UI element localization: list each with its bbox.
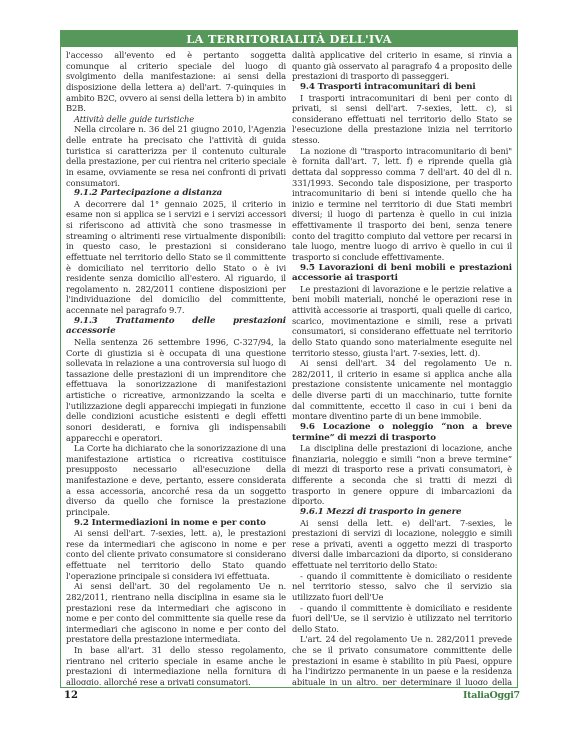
- paragraph: Ai sensi dell'art. 7-sexies, lett. a), l…: [66, 528, 286, 581]
- paragraph: In base all'art. 31 dello stesso regolam…: [66, 645, 286, 685]
- paragraph: I trasporti intracomunitari di beni per …: [292, 93, 512, 146]
- paragraph: Ai sensi della lett. e) dell'art. 7-sexi…: [292, 518, 512, 571]
- paragraph: La Corte ha dichiarato che la sonorizzaz…: [66, 443, 286, 517]
- paragraph: Nella sentenza 26 settembre 1996, C-327/…: [66, 337, 286, 443]
- section-header: LA TERRITORIALITÀ DELL'IVA: [61, 31, 517, 47]
- paragraph: Ai sensi dell'art. 30 del regolamento Ue…: [66, 581, 286, 645]
- paragraph: La disciplina delle prestazioni di locaz…: [292, 443, 512, 507]
- publication-logo: ItaliaOggi7: [463, 690, 520, 701]
- paragraph: Nella circolare n. 36 del 21 giugno 2010…: [66, 124, 286, 188]
- paragraph: A decorrere dal 1° gennaio 2025, il crit…: [66, 199, 286, 316]
- paragraph: Le prestazioni di lavorazione e le periz…: [292, 284, 512, 358]
- page-number: 12: [64, 690, 78, 701]
- section-heading: 9.5 Lavorazioni di beni mobili e prestaz…: [292, 263, 512, 284]
- subsection-heading: 9.6.1 Mezzi di trasporto in genere: [292, 507, 512, 518]
- article-frame: LA TERRITORIALITÀ DELL'IVA l'accesso all…: [60, 30, 518, 688]
- left-column: l'accesso all'evento ed è pertanto sogge…: [66, 50, 286, 685]
- paragraph: L'art. 24 del regolamento Ue n. 282/2011…: [292, 634, 512, 685]
- list-item: - quando il committente è domiciliato o …: [292, 571, 512, 603]
- section-heading: 9.2 Intermediazioni in nome e per conto: [66, 518, 286, 529]
- paragraph: l'accesso all'evento ed è pertanto sogge…: [66, 50, 286, 114]
- paragraph: dalità applicative del criterio in esame…: [292, 50, 512, 82]
- section-heading: 9.4 Trasporti intracomunitari di beni: [292, 82, 512, 93]
- italic-subheading: Attività delle guide turistiche: [66, 114, 286, 125]
- article-body: l'accesso all'evento ed è pertanto sogge…: [66, 50, 512, 685]
- section-heading: 9.6 Locazione o noleggio “non a breve te…: [292, 422, 512, 443]
- list-item: - quando il committente è domiciliato e …: [292, 603, 512, 635]
- subsection-heading: 9.1.2 Partecipazione a distanza: [66, 188, 286, 199]
- right-column: dalità applicative del criterio in esame…: [292, 50, 512, 685]
- paragraph: Ai sensi dell'art. 34 del regolamento Ue…: [292, 358, 512, 422]
- subsection-heading: 9.1.3 Trattamento delle prestazioni acce…: [66, 316, 286, 337]
- paragraph: La nozione di "trasporto intracomunitari…: [292, 146, 512, 263]
